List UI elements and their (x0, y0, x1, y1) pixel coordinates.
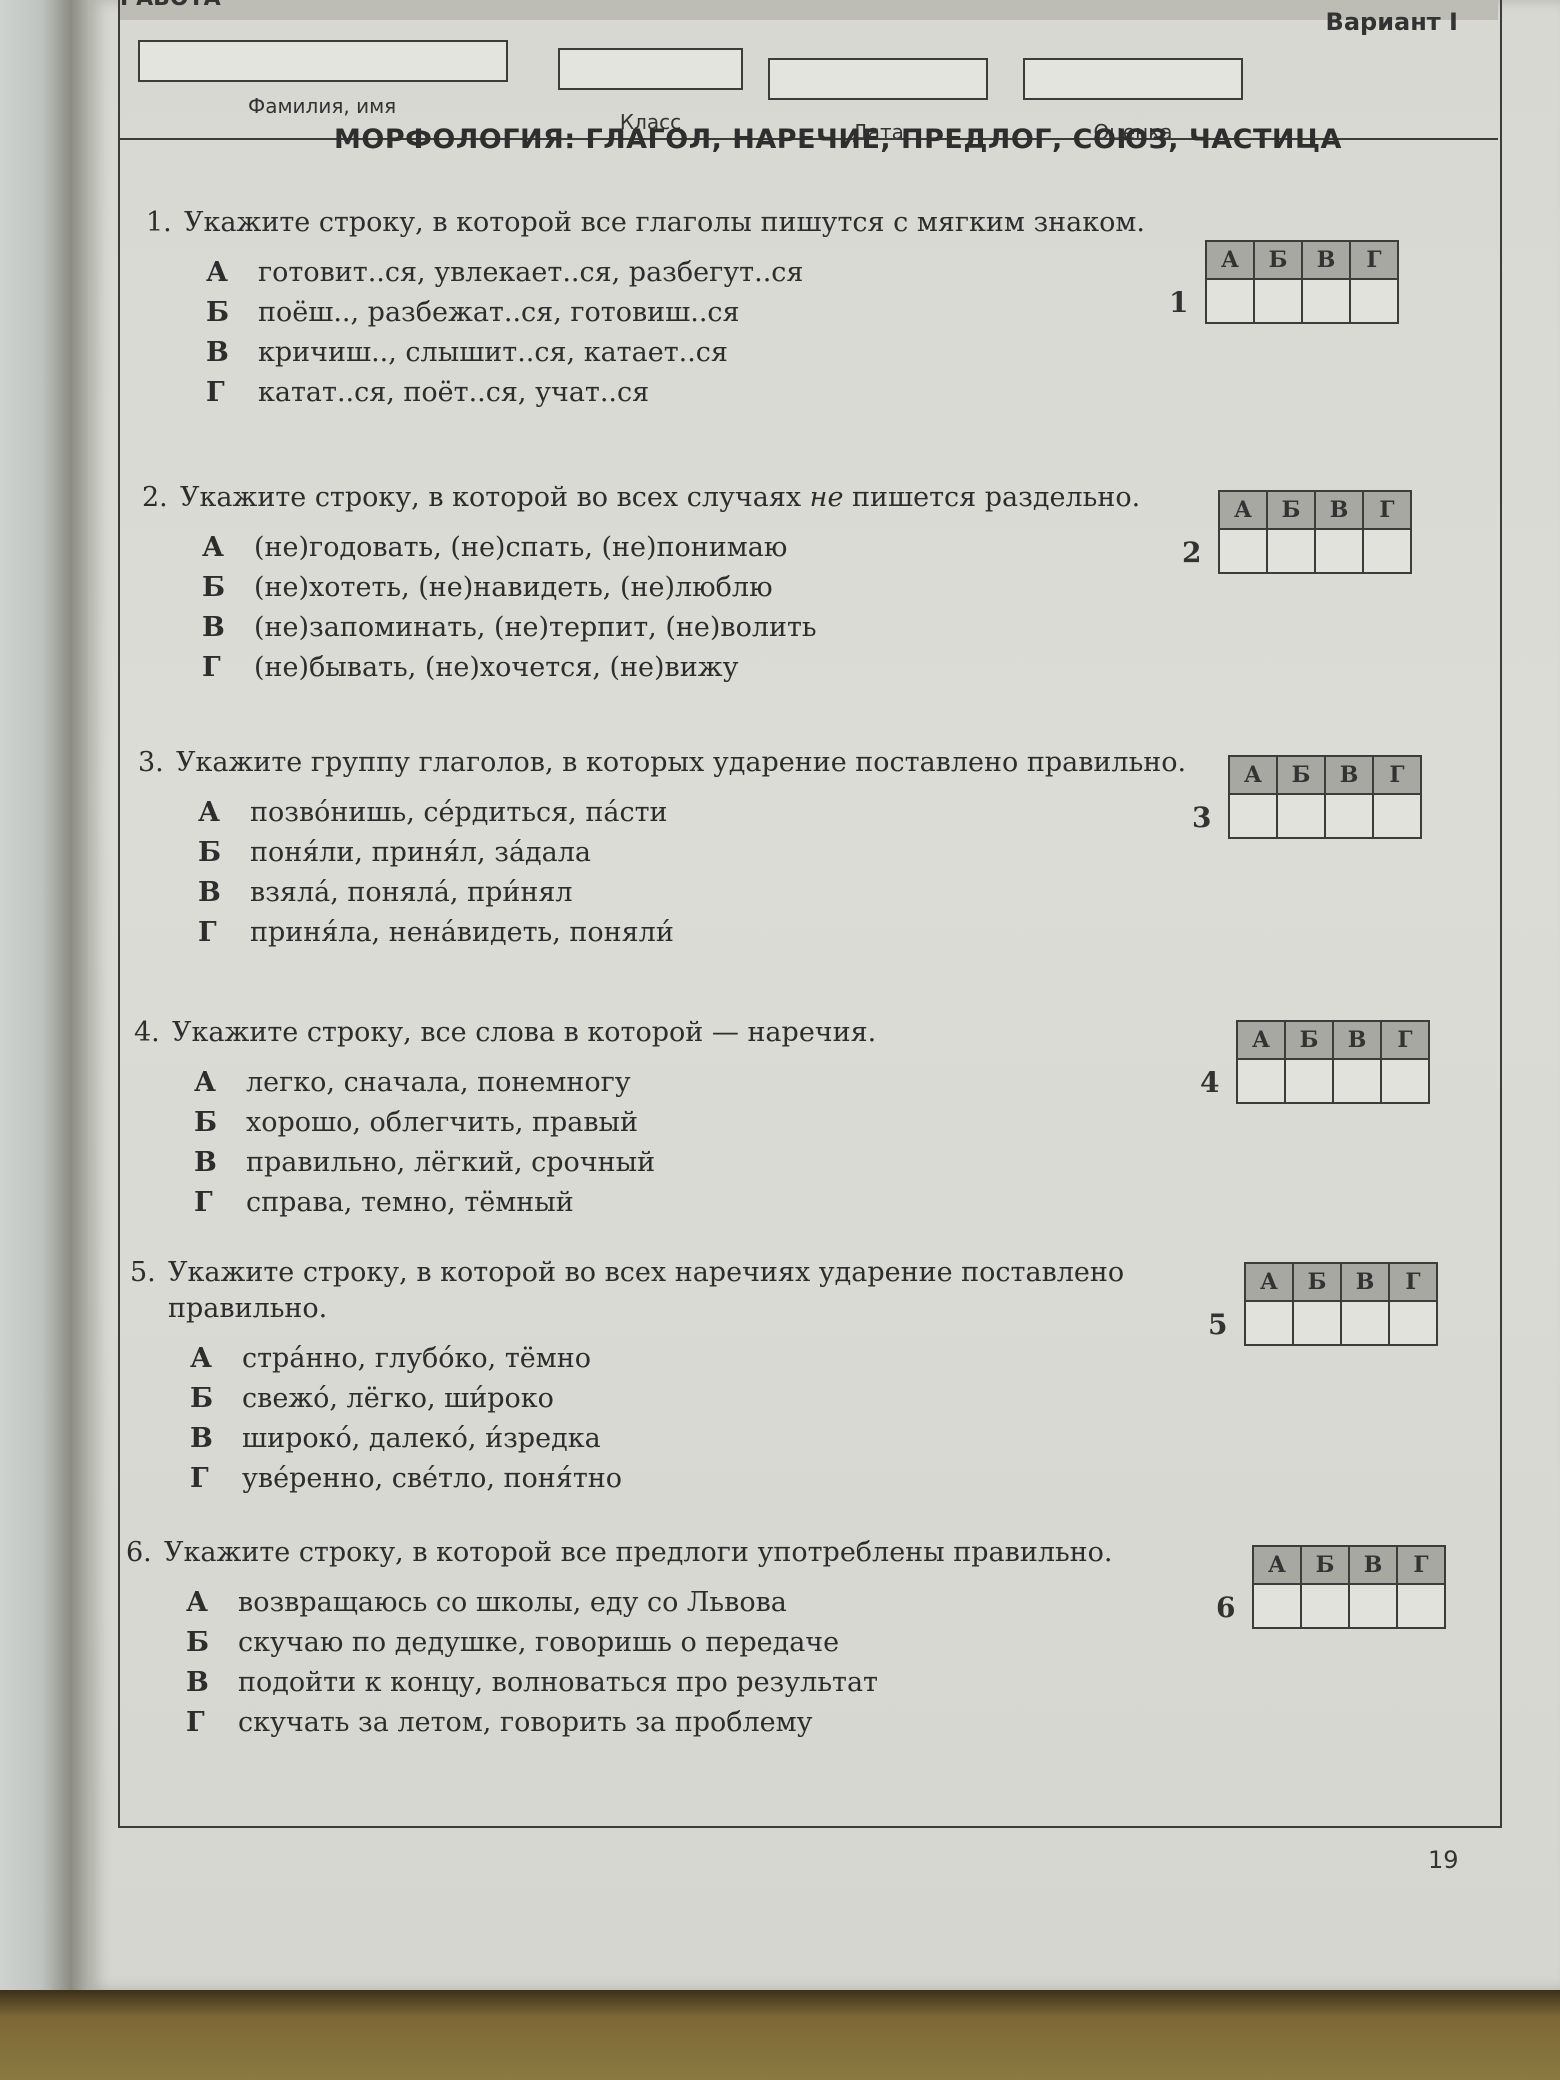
option-text: правильно, лёгкий, срочный (246, 1143, 655, 1183)
answer-grid-header: А (1245, 1263, 1293, 1301)
option-3: Гуве́ренно, све́тло, поня́тно (190, 1459, 1250, 1499)
answer-grid-1: 1АБВГ (1205, 240, 1399, 324)
name-field: Фамилия, имя (138, 40, 508, 118)
previous-page-edge (0, 0, 70, 1990)
option-letter: Б (202, 568, 254, 608)
answer-cell-В[interactable] (1315, 529, 1363, 573)
option-letter: В (186, 1663, 238, 1703)
answer-grid-header: А (1253, 1546, 1301, 1584)
option-text: возвращаюсь со школы, еду со Львова (238, 1583, 787, 1623)
option-letter: А (198, 793, 250, 833)
question-text: Укажите строку, в которой во всех случая… (180, 480, 1262, 516)
option-1: Бскучаю по дедушке, говоришь о передаче (186, 1623, 1246, 1663)
answer-grid-header: Б (1267, 491, 1315, 529)
option-list: Аготовит..ся, увлекает..ся, разбегут..ся… (206, 253, 1266, 413)
question-text: Укажите строку, в которой все предлоги у… (164, 1535, 1246, 1571)
answer-cell-Г[interactable] (1389, 1301, 1437, 1345)
answer-grid-number: 4 (1200, 1066, 1219, 1099)
answer-cell-Б[interactable] (1301, 1584, 1349, 1628)
answer-grid-3: 3АБВГ (1228, 755, 1422, 839)
option-text: кричиш.., слышит..ся, катает..ся (258, 333, 728, 373)
question-text: Укажите строку, в которой во всех наречи… (168, 1255, 1250, 1327)
question-number: 2. (142, 480, 180, 516)
table-surface (0, 1990, 1560, 2080)
class-field: Класс (558, 48, 743, 134)
answer-grid-number: 1 (1169, 286, 1188, 319)
answer-grid-header: Б (1285, 1021, 1333, 1059)
option-text: подойти к концу, волноваться про результ… (238, 1663, 878, 1703)
question: 3. Укажите группу глаголов, в которых уд… (138, 745, 1258, 953)
option-letter: В (194, 1143, 246, 1183)
option-2: Вподойти к концу, волноваться про резуль… (186, 1663, 1246, 1703)
option-letter: Г (202, 648, 254, 688)
answer-cell-В[interactable] (1341, 1301, 1389, 1345)
option-letter: Б (190, 1379, 242, 1419)
option-letter: Б (186, 1623, 238, 1663)
option-text: уве́ренно, све́тло, поня́тно (242, 1459, 622, 1499)
question-number: 6. (126, 1535, 164, 1571)
name-input-box[interactable] (138, 40, 508, 82)
answer-cell-Г[interactable] (1373, 794, 1421, 838)
answer-grid-header: В (1302, 241, 1350, 279)
option-letter: В (198, 873, 250, 913)
option-list: Авозвращаюсь со школы, еду со ЛьвоваБску… (186, 1583, 1246, 1743)
answer-cell-В[interactable] (1302, 279, 1350, 323)
option-text: приня́ла, нена́видеть, поняли́ (250, 913, 674, 953)
answer-grid-5: 5АБВГ (1244, 1262, 1438, 1346)
answer-grid-number: 3 (1192, 801, 1211, 834)
option-text: широко́, далеко́, и́зредка (242, 1419, 601, 1459)
question: 2. Укажите строку, в которой во всех слу… (142, 480, 1262, 688)
option-text: катат..ся, поёт..ся, учат..ся (258, 373, 649, 413)
answer-grid-header: Б (1277, 756, 1325, 794)
option-2: Вшироко́, далеко́, и́зредка (190, 1419, 1250, 1459)
question-text: Укажите строку, в которой все глаголы пи… (184, 205, 1266, 241)
option-letter: В (202, 608, 254, 648)
option-text: взяла́, поняла́, при́нял (250, 873, 573, 913)
option-2: Вправильно, лёгкий, срочный (194, 1143, 1254, 1183)
option-letter: В (190, 1419, 242, 1459)
question: 1. Укажите строку, в которой все глаголы… (146, 205, 1266, 413)
question-number: 5. (130, 1255, 168, 1327)
option-0: Апозво́нишь, се́рдиться, па́сти (198, 793, 1258, 833)
option-text: (не)бывать, (не)хочется, (не)вижу (254, 648, 738, 688)
option-text: скучать за летом, говорить за проблему (238, 1703, 813, 1743)
answer-cell-Б[interactable] (1285, 1059, 1333, 1103)
answer-cell-Г[interactable] (1363, 529, 1411, 573)
option-0: Аготовит..ся, увлекает..ся, разбегут..ся (206, 253, 1266, 293)
option-1: Бпоня́ли, приня́л, за́дала (198, 833, 1258, 873)
answer-grid-2: 2АБВГ (1218, 490, 1412, 574)
option-3: Гприня́ла, нена́видеть, поняли́ (198, 913, 1258, 953)
option-letter: В (206, 333, 258, 373)
option-text: позво́нишь, се́рдиться, па́сти (250, 793, 668, 833)
answer-cell-А[interactable] (1245, 1301, 1293, 1345)
option-3: Г(не)бывать, (не)хочется, (не)вижу (202, 648, 1262, 688)
option-0: Алегко, сначала, понемногу (194, 1063, 1254, 1103)
answer-grid-header: А (1229, 756, 1277, 794)
option-text: поня́ли, приня́л, за́дала (250, 833, 591, 873)
option-text: (не)хотеть, (не)навидеть, (не)люблю (254, 568, 773, 608)
option-letter: А (186, 1583, 238, 1623)
option-letter: Б (206, 293, 258, 333)
question-number: 1. (146, 205, 184, 241)
answer-cell-Б[interactable] (1267, 529, 1315, 573)
option-3: Гскучать за летом, говорить за проблему (186, 1703, 1246, 1743)
option-letter: Г (194, 1183, 246, 1223)
answer-grid-6: 6АБВГ (1252, 1545, 1446, 1629)
answer-cell-А[interactable] (1219, 529, 1267, 573)
answer-grid-header: А (1237, 1021, 1285, 1059)
answer-cell-Г[interactable] (1397, 1584, 1445, 1628)
option-1: Бпоёш.., разбежат..ся, готовиш..ся (206, 293, 1266, 333)
option-list: Астра́нно, глубо́ко, тёмноБсвежо́, лёгко… (190, 1339, 1250, 1499)
worksheet-page: РАБОТА Вариант I Фамилия, имя Класс Дата… (88, 0, 1560, 1990)
answer-grid-header: Б (1301, 1546, 1349, 1584)
answer-grid-header: В (1349, 1546, 1397, 1584)
option-2: Вкричиш.., слышит..ся, катает..ся (206, 333, 1266, 373)
question-number: 4. (134, 1015, 172, 1051)
option-text: справа, темно, тёмный (246, 1183, 574, 1223)
option-text: хорошо, облегчить, правый (246, 1103, 638, 1143)
option-1: Бхорошо, облегчить, правый (194, 1103, 1254, 1143)
answer-grid-header: Г (1389, 1263, 1437, 1301)
option-text: поёш.., разбежат..ся, готовиш..ся (258, 293, 740, 333)
answer-cell-В[interactable] (1349, 1584, 1397, 1628)
question-text: Укажите строку, все слова в которой — на… (172, 1015, 1254, 1051)
option-0: Авозвращаюсь со школы, еду со Львова (186, 1583, 1246, 1623)
answer-cell-В[interactable] (1333, 1059, 1381, 1103)
answer-grid-header: Б (1293, 1263, 1341, 1301)
option-list: Алегко, сначала, понемногуБхорошо, облег… (194, 1063, 1254, 1223)
option-letter: Б (194, 1103, 246, 1143)
answer-grid-4: 4АБВГ (1236, 1020, 1430, 1104)
answer-grid-header: Г (1397, 1546, 1445, 1584)
answer-grid-header: Г (1373, 756, 1421, 794)
option-list: А(не)годовать, (не)спать, (не)понимаюБ(н… (202, 528, 1262, 688)
option-text: стра́нно, глубо́ко, тёмно (242, 1339, 591, 1379)
grade-input-box[interactable] (1023, 58, 1243, 100)
section-title: МОРФОЛОГИЯ: ГЛАГОЛ, НАРЕЧИЕ, ПРЕДЛОГ, СО… (238, 124, 1438, 155)
page-number: 19 (1428, 1846, 1459, 1874)
answer-grid-header: В (1341, 1263, 1389, 1301)
answer-grid-header: В (1315, 491, 1363, 529)
answer-cell-А[interactable] (1206, 279, 1254, 323)
answer-cell-А[interactable] (1229, 794, 1277, 838)
option-letter: Г (190, 1459, 242, 1499)
class-input-box[interactable] (558, 48, 743, 90)
name-label: Фамилия, имя (138, 94, 508, 118)
option-letter: Б (198, 833, 250, 873)
answer-cell-Б[interactable] (1254, 279, 1302, 323)
option-letter: Г (186, 1703, 238, 1743)
option-text: (не)годовать, (не)спать, (не)понимаю (254, 528, 787, 568)
question: 4. Укажите строку, все слова в которой —… (134, 1015, 1254, 1223)
answer-cell-Г[interactable] (1381, 1059, 1429, 1103)
answer-cell-Б[interactable] (1277, 794, 1325, 838)
answer-grid-header: Г (1350, 241, 1398, 279)
answer-cell-Б[interactable] (1293, 1301, 1341, 1345)
answer-cell-Г[interactable] (1350, 279, 1398, 323)
question-text: Укажите группу глаголов, в которых ударе… (176, 745, 1258, 781)
option-text: легко, сначала, понемногу (246, 1063, 631, 1103)
option-3: Гкатат..ся, поёт..ся, учат..ся (206, 373, 1266, 413)
option-1: Б(не)хотеть, (не)навидеть, (не)люблю (202, 568, 1262, 608)
answer-grid-header: Г (1381, 1021, 1429, 1059)
option-text: свежо́, лёгко, ши́роко (242, 1379, 554, 1419)
answer-grid-header: В (1333, 1021, 1381, 1059)
option-2: В(не)запоминать, (не)терпит, (не)волить (202, 608, 1262, 648)
option-0: Астра́нно, глубо́ко, тёмно (190, 1339, 1250, 1379)
option-letter: А (194, 1063, 246, 1103)
option-letter: А (206, 253, 258, 293)
answer-grid-header: Г (1363, 491, 1411, 529)
option-2: Ввзяла́, поняла́, при́нял (198, 873, 1258, 913)
answer-grid-header: Б (1254, 241, 1302, 279)
option-letter: Г (206, 373, 258, 413)
option-1: Бсвежо́, лёгко, ши́роко (190, 1379, 1250, 1419)
question: 6. Укажите строку, в которой все предлог… (126, 1535, 1246, 1743)
date-input-box[interactable] (768, 58, 988, 100)
option-text: скучаю по дедушке, говоришь о передаче (238, 1623, 839, 1663)
answer-cell-А[interactable] (1253, 1584, 1301, 1628)
option-3: Гсправа, темно, тёмный (194, 1183, 1254, 1223)
answer-grid-number: 2 (1182, 536, 1201, 569)
option-list: Апозво́нишь, се́рдиться, па́стиБпоня́ли,… (198, 793, 1258, 953)
answer-grid-number: 6 (1216, 1591, 1235, 1624)
answer-grid-header: А (1206, 241, 1254, 279)
answer-grid-header: В (1325, 756, 1373, 794)
answer-cell-А[interactable] (1237, 1059, 1285, 1103)
option-letter: А (202, 528, 254, 568)
option-letter: А (190, 1339, 242, 1379)
answer-grid-number: 5 (1208, 1308, 1227, 1341)
answer-cell-В[interactable] (1325, 794, 1373, 838)
answer-grid-header: А (1219, 491, 1267, 529)
question-number: 3. (138, 745, 176, 781)
option-0: А(не)годовать, (не)спать, (не)понимаю (202, 528, 1262, 568)
option-text: готовит..ся, увлекает..ся, разбегут..ся (258, 253, 803, 293)
option-text: (не)запоминать, (не)терпит, (не)волить (254, 608, 817, 648)
option-letter: Г (198, 913, 250, 953)
question: 5. Укажите строку, в которой во всех нар… (130, 1255, 1250, 1499)
